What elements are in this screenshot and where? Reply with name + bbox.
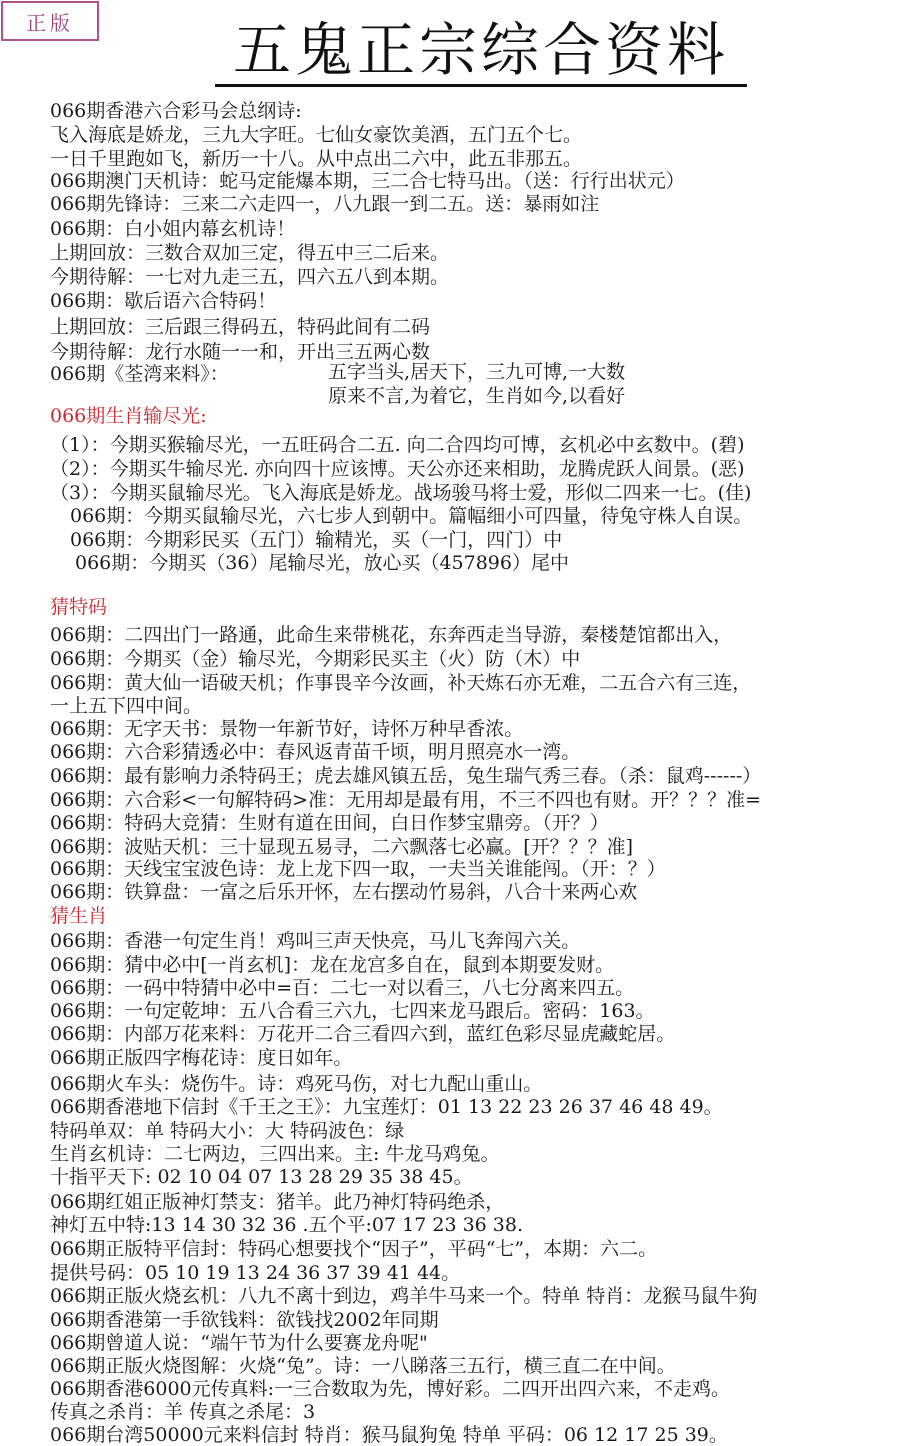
text-line: 066期：今期买（36）尾输尽光，放心买（457896）尾中 [75,552,569,574]
text-line: 066期香港地下信封《千王之王》：九宝莲灯：01 13 22 23 26 37 … [50,1096,723,1118]
text-line: 生肖玄机诗：二七两边，三四出来。主: 牛龙马鸡兔。 [50,1143,499,1165]
section-heading-guess-special: 猜特码 [50,596,107,618]
section-heading-zodiac-lose: 066期生肖输尽光: [50,405,207,427]
text-line: 066期火车头：烧伤牛。诗：鸡死马伤，对七九配山重山。 [50,1073,542,1095]
text-line: （1）：今期买猴输尽光，一五旺码合二五. 向二合四均可博，玄机必中玄数中。(碧) [50,434,745,456]
text-line: 066期正版特平信封：特码心想要找个“因子”，平码“七”，本期：六二。 [50,1238,657,1260]
text-line: 066期：一句定乾坤：五八合看三六九，七四来龙马跟后。密码：163。 [50,1000,655,1022]
section-heading-guess-zodiac: 猜生肖 [50,905,107,927]
text-line: 066期：香港一句定生肖！鸡叫三声天快亮，马儿飞奔闯六关。 [50,930,580,952]
text-line: 066期正版四字梅花诗：度日如年。 [50,1047,352,1069]
text-line: 今期待解：龙行水随一一和，开出三五两心数 [50,341,430,363]
text-line: 一上五下四中间。 [50,695,202,717]
text-line: 066期：一码中特猜中必中=百：二七一对以看三，八七分离来四五。 [50,977,634,999]
text-line: 飞入海底是娇龙，三九大字旺。七仙女豪饮美酒，五门五个七。 [50,124,582,146]
text-line: 066期：无字天书：景物一年新节好，诗怀万种早香浓。 [50,718,523,740]
text-line: 一日千里跑如飞，新历一十八。从中点出二六中，此五非那五。 [50,148,582,170]
text-line: 066期香港六合彩马会总纲诗: [50,100,302,122]
text-line: 066期：最有影响力杀特码王；虎去雄风镇五岳，兔生瑞气秀三春。（杀：鼠鸡----… [50,765,761,787]
text-line: 今期待解：一七对九走三五，四六五八到本期。 [50,266,449,288]
text-line: 066期红姐正版神灯禁支：猪羊。此乃神灯特码绝杀， [50,1191,504,1213]
text-line: 066期：黄大仙一语破天机；作事畏辛今汝画，补天炼石亦无难，二五合六有三连， [50,672,751,694]
text-line: 066期：今期买（金）输尽光，今期彩民买主（火）防（木）中 [50,648,580,670]
quanwan-line: 原来不言,为着它，生肖如今,以看好 [328,385,625,407]
text-line: 提供号码：05 10 19 13 24 36 37 39 41 44。 [50,1262,460,1284]
text-line: 066期先锋诗：三来二六走四一，八九跟一到二五。送：暴雨如注 [50,193,599,215]
text-line: 066期香港第一手欲钱料：欲钱找2002年同期 [50,1309,439,1331]
text-line: 066期：波贴天机：三十显现五易寻，二六飘落七必赢。[开？？？准] [50,836,633,858]
text-line: 上期回放：三数合双加三定，得五中三二后来。 [50,242,449,264]
text-line: 066期：铁算盘：一富之后乐开怀，左右摆动竹易斜，八合十来两心欢 [50,881,637,903]
text-line: 066期澳门天机诗：蛇马定能爆本期，三二合七特马出。（送：行行出状元） [50,170,685,192]
text-line: 十指平天下: 02 10 04 07 13 28 29 35 38 45。 [50,1166,473,1188]
quanwan-line: 五字当头,居天下，三九可博,一大数 [328,361,625,383]
text-line: （2）：今期买牛输尽光. 亦向四十应该博。天公亦还来相助，龙腾虎跃人间景。(恶) [50,458,745,480]
text-line: 066期台湾50000元来料信封 特肖：猴马鼠狗兔 特单 平码：06 12 17… [50,1424,728,1446]
page-title: 五鬼正宗综合资料 [215,18,747,87]
text-line: （3）：今期买鼠输尽光。飞入海底是娇龙。战场骏马将士爱，形似二四来一七。(佳) [50,482,751,504]
text-line: 066期：二四出门一路通，此命生来带桃花，东奔西走当导游，秦楼楚馆都出入， [50,624,732,646]
text-line: 特码单双：单 特码大小：大 特码波色：绿 [50,1120,404,1142]
text-line: 066期：白小姐内幕玄机诗！ [50,218,295,240]
text-line: 066期：六合彩猜透必中：春风返青苗千顷，明月照亮水一湾。 [50,741,580,763]
text-line: 066期正版火烧图解：火烧“兔”。诗：一八睇落三五行，横三直二在中间。 [50,1355,676,1377]
text-line: 066期：内部万花来料：万花开二合三看四六到，蓝红色彩尽显虎藏蛇居。 [50,1023,675,1045]
quanwan-label: 066期《荃湾来料》： [50,363,229,385]
text-line: 066期：特码大竞猜：生财有道在田间，白日作梦宝鼎旁。（开？） [50,812,609,834]
text-line: 066期：歇后语六合特码！ [50,290,276,312]
text-line: 上期回放：三后跟三得码五，特码此间有二码 [50,316,430,338]
text-line: 066期香港6000元传真料:一三合数取为先，博好彩。二四开出四六来，不走鸡。 [50,1378,730,1400]
text-line: 066期：今期买鼠输尽光，六七步人到朝中。篇幅细小可四量，待兔守株人自误。 [70,505,752,527]
authentic-badge: 正版 [1,1,99,41]
text-line: 066期：六合彩<一句解特码>准：无用却是最有用，不三不四也有财。开？？？准= [50,789,761,811]
text-line: 传真之杀肖：羊 传真之杀尾：3 [50,1401,315,1423]
text-line: 066期曾道人说：“端午节为什么要赛龙舟呢" [50,1332,428,1354]
text-line: 066期：今期彩民买（五门）输精光，买（一门，四门）中 [70,529,562,551]
text-line: 神灯五中特:13 14 30 32 36 .五个平:07 17 23 36 38… [50,1214,523,1236]
text-line: 066期：猜中必中[一肖玄机]：龙在龙宫多自在，鼠到本期要发财。 [50,954,614,976]
text-line: 066期：天线宝宝波色诗：龙上龙下四一取，一夫当关谁能闯。（开：？） [50,858,666,880]
text-line: 066期正版火烧玄机：八九不离十到边，鸡羊牛马来一个。特单 特肖：龙猴马鼠牛狗 [50,1285,757,1307]
